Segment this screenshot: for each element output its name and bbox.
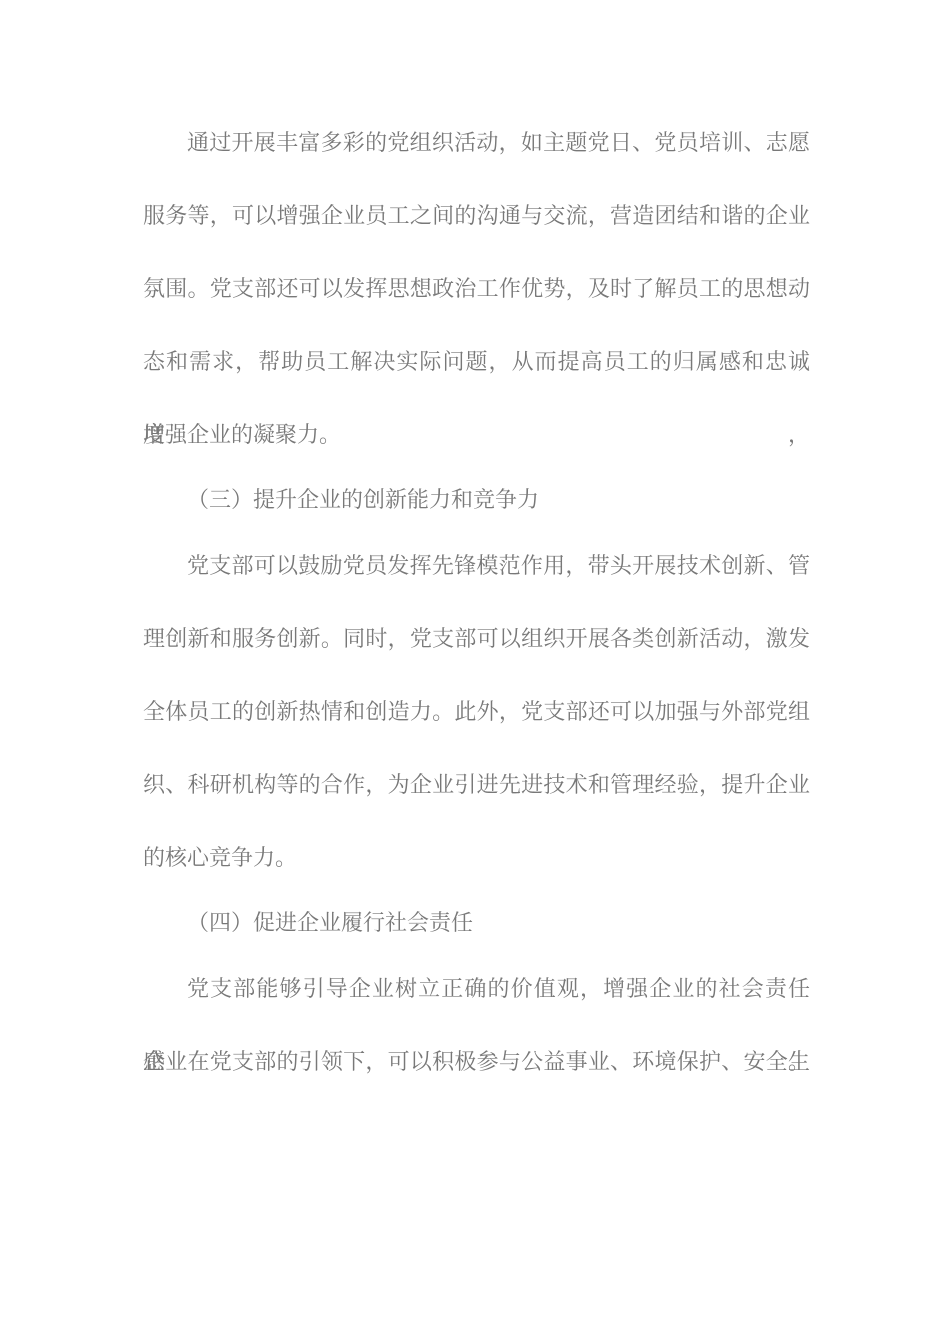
- text-line: 服务等，可以增强企业员工之间的沟通与交流，营造团结和谐的企业: [143, 180, 810, 253]
- text-line: （三）提升企业的创新能力和竞争力: [143, 472, 810, 530]
- text-line: 党支部能够引导企业树立正确的价值观，增强企业的社会责任感。: [143, 953, 810, 1026]
- text-line: 全体员工的创新热情和创造力。此外，党支部还可以加强与外部党组: [143, 676, 810, 749]
- document-page: 通过开展丰富多彩的党组织活动，如主题党日、党员培训、志愿服务等，可以增强企业员工…: [0, 0, 950, 1344]
- document-content: 通过开展丰富多彩的党组织活动，如主题党日、党员培训、志愿服务等，可以增强企业员工…: [143, 107, 810, 1099]
- text-line: 企业在党支部的引领下，可以积极参与公益事业、环境保护、安全生: [143, 1026, 810, 1099]
- paragraph: 党支部能够引导企业树立正确的价值观，增强企业的社会责任感。企业在党支部的引领下，…: [143, 953, 810, 1099]
- text-line: （四）促进企业履行社会责任: [143, 895, 810, 953]
- text-line: 织、科研机构等的合作，为企业引进先进技术和管理经验，提升企业: [143, 749, 810, 822]
- text-line: 氛围。党支部还可以发挥思想政治工作优势，及时了解员工的思想动: [143, 253, 810, 326]
- section-heading: （三）提升企业的创新能力和竞争力: [143, 472, 810, 530]
- paragraph: 通过开展丰富多彩的党组织活动，如主题党日、党员培训、志愿服务等，可以增强企业员工…: [143, 107, 810, 472]
- paragraph: 党支部可以鼓励党员发挥先锋模范作用，带头开展技术创新、管理创新和服务创新。同时，…: [143, 530, 810, 895]
- text-line: 党支部可以鼓励党员发挥先锋模范作用，带头开展技术创新、管: [143, 530, 810, 603]
- text-line: 态和需求，帮助员工解决实际问题，从而提高员工的归属感和忠诚度，: [143, 326, 810, 399]
- text-line: 通过开展丰富多彩的党组织活动，如主题党日、党员培训、志愿: [143, 107, 810, 180]
- text-line: 的核心竞争力。: [143, 822, 810, 895]
- text-line: 理创新和服务创新。同时，党支部可以组织开展各类创新活动，激发: [143, 603, 810, 676]
- section-heading: （四）促进企业履行社会责任: [143, 895, 810, 953]
